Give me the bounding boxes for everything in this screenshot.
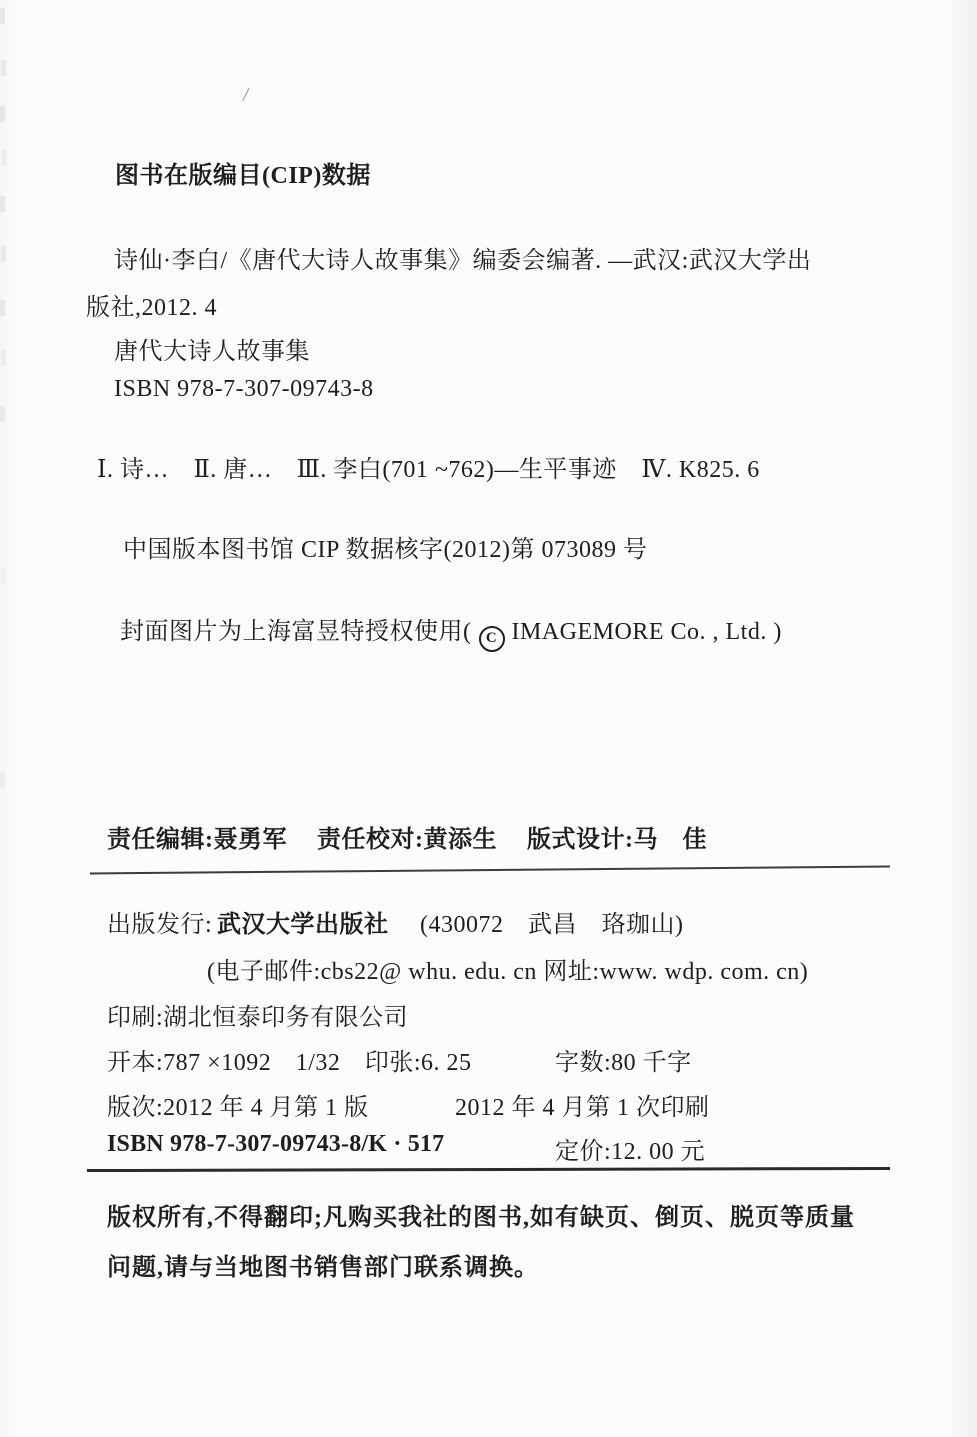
staff-credits-row: 责任编辑:聂勇军 责任校对:黄添生 版式设计:马 佳	[0, 819, 977, 853]
copyright-icon: C	[479, 626, 505, 652]
publisher-contact: (电子邮件:cbs22@ whu. edu. cn 网址:www. wdp. c…	[207, 951, 808, 986]
book-format: 开本:787 ×1092 1/32 印张:6. 25	[107, 1042, 472, 1077]
cip-record-line1: 诗仙·李白/《唐代大诗人故事集》编委会编著. —武汉:武汉大学出	[114, 240, 811, 275]
layout-designer: 版式设计:马 佳	[527, 819, 707, 854]
copyright-page: / 图书在版编目(CIP)数据 诗仙·李白/《唐代大诗人故事集》编委会编著. —…	[0, 0, 977, 1437]
price: 定价:12. 00 元	[555, 1131, 705, 1166]
responsible-proofreader: 责任校对:黄添生	[317, 819, 497, 854]
publisher-row: 出版发行: 武汉大学出版社 (430072 武昌 珞珈山)	[0, 904, 977, 938]
cip-record-number: 中国版本图书馆 CIP 数据核字(2012)第 073089 号	[123, 529, 647, 564]
cip-classification: Ⅰ. 诗… Ⅱ. 唐… Ⅲ. 李白(701 ~762)—生平事迹 Ⅳ. K825…	[97, 449, 760, 484]
copyright-notice-line2: 问题,请与当地图书销售部门联系调换。	[107, 1247, 539, 1282]
series-title: 唐代大诗人故事集	[114, 331, 310, 366]
publisher-label: 出版发行:	[107, 904, 212, 939]
publisher-name: 武汉大学出版社	[217, 904, 389, 939]
cover-credit-text: 封面图片为上海富昱特授权使用(	[120, 619, 472, 645]
publisher-address: (430072 武昌 珞珈山)	[420, 904, 683, 939]
printer-info: 印刷:湖北恒泰印务有限公司	[107, 997, 408, 1032]
cover-credit-company: IMAGEMORE Co. , Ltd. )	[512, 619, 782, 645]
isbn-full: ISBN 978-7-307-09743-8/K · 517	[107, 1131, 444, 1158]
isbn-number: ISBN 978-7-307-09743-8	[114, 376, 374, 403]
scan-stray-mark: /	[241, 84, 250, 108]
divider-top	[90, 866, 890, 875]
cip-header: 图书在版编目(CIP)数据	[115, 155, 371, 190]
copyright-notice-line1: 版权所有,不得翻印;凡购买我社的图书,如有缺页、倒页、脱页等质量	[107, 1197, 855, 1232]
word-count: 字数:80 千字	[555, 1042, 692, 1077]
scan-edge-artifacts	[0, 8, 5, 24]
edition-row: 版次:2012 年 4 月第 1 版 2012 年 4 月第 1 次印刷	[0, 1087, 977, 1121]
format-row: 开本:787 ×1092 1/32 印张:6. 25 字数:80 千字	[0, 1042, 977, 1076]
cover-image-credit: 封面图片为上海富昱特授权使用(CIMAGEMORE Co. , Ltd. )	[120, 611, 782, 652]
isbn-price-row: ISBN 978-7-307-09743-8/K · 517 定价:12. 00…	[0, 1131, 977, 1165]
responsible-editor: 责任编辑:聂勇军	[107, 819, 287, 854]
cip-record-line2: 版社,2012. 4	[86, 287, 217, 322]
divider-bottom	[87, 1167, 890, 1172]
printing-info: 2012 年 4 月第 1 次印刷	[455, 1087, 710, 1122]
edition-info: 版次:2012 年 4 月第 1 版	[107, 1087, 369, 1122]
